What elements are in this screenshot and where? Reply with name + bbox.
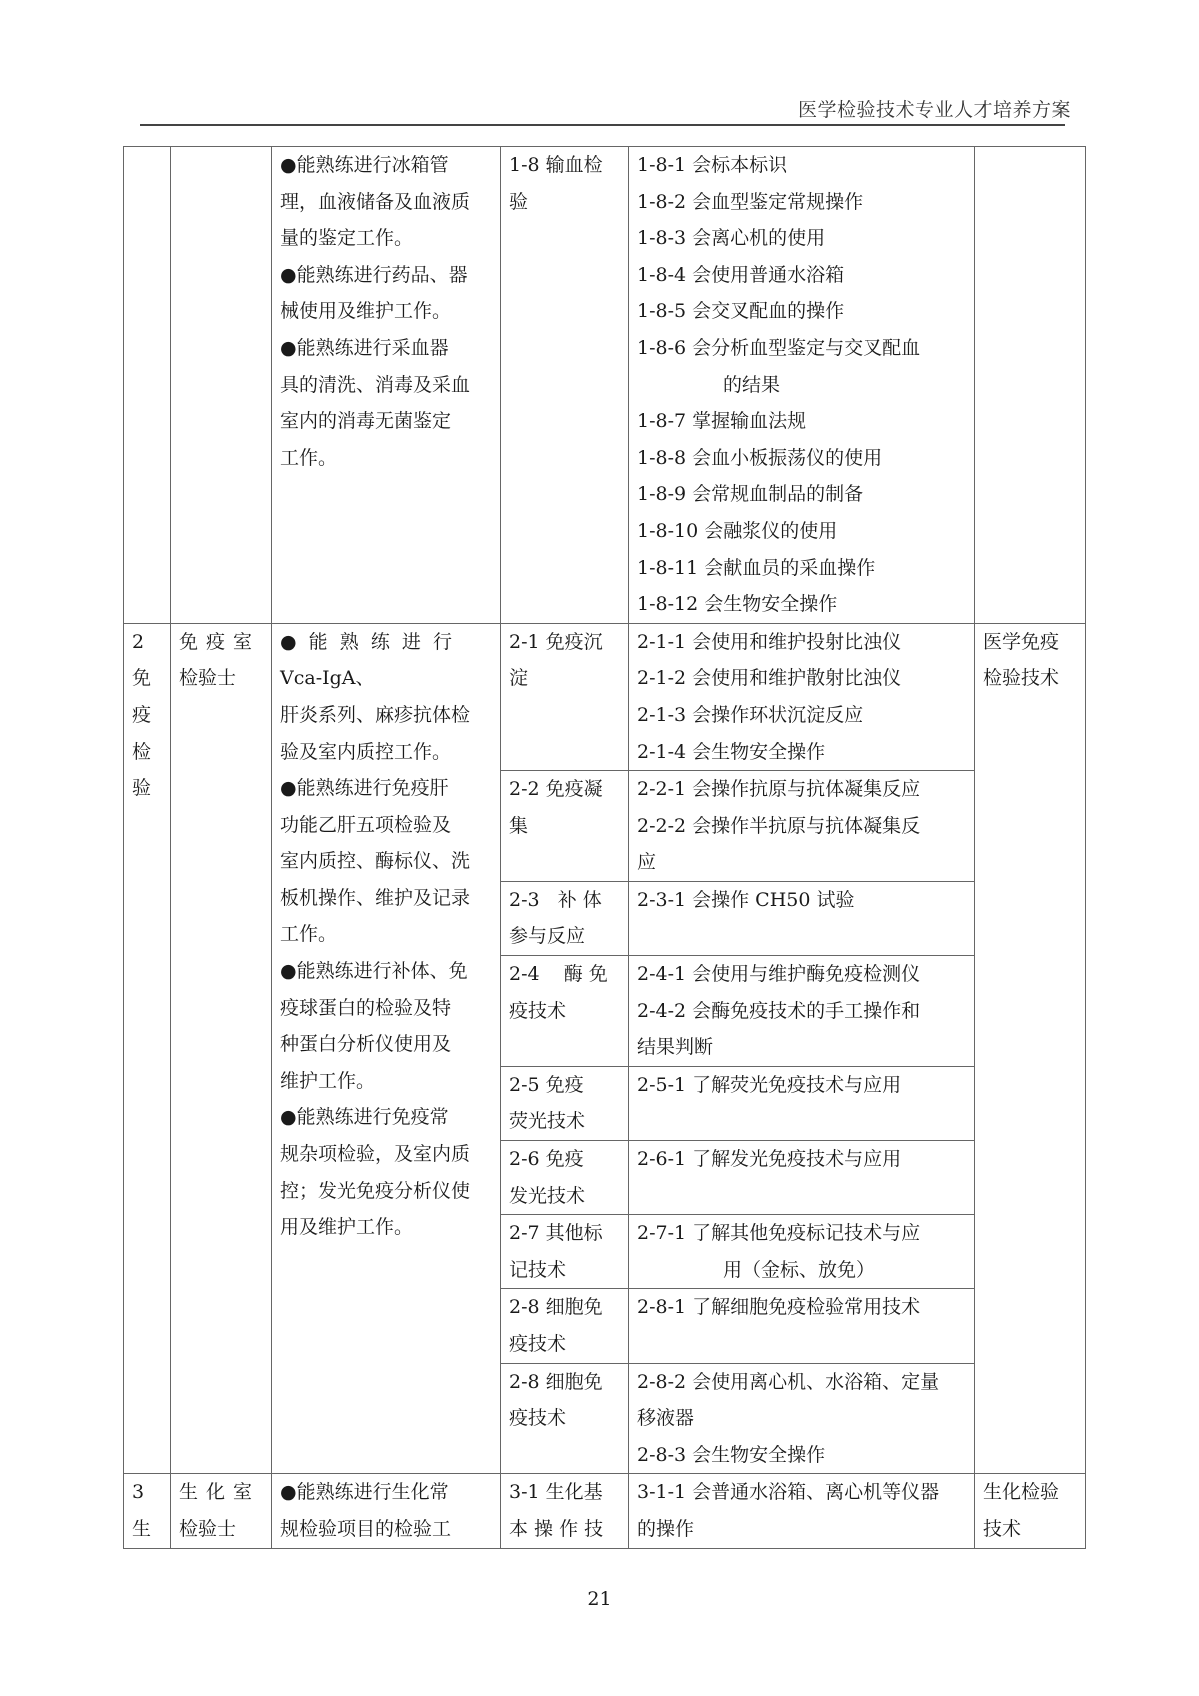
skill-item: 2-2-2 会操作半抗原与抗体凝集反: [637, 808, 966, 845]
module-label: 1-8 输血检: [509, 147, 620, 184]
module-label: 2-4 酶 免: [509, 956, 620, 993]
skill-item: 2-1-1 会使用和维护投射比浊仪: [637, 624, 966, 661]
skill-item: 2-2-1 会操作抗原与抗体凝集反应: [637, 771, 966, 808]
course-cell: 生化检验 技术: [975, 1474, 1086, 1548]
module-cell: 2-4 酶 免 疫技术: [501, 956, 629, 1067]
module-cell: 1-8 输血检 验: [501, 147, 629, 624]
skill-item: 的结果: [637, 367, 966, 404]
skill-item: 2-4-1 会使用与维护酶免疫检测仪: [637, 956, 966, 993]
module-cell: 2-6 免疫 发光技术: [501, 1141, 629, 1215]
skill-item: 1-8-2 会血型鉴定常规操作: [637, 184, 966, 221]
skills-cell: 2-8-2 会使用离心机、水浴箱、定量 移液器 2-8-3 会生物安全操作: [629, 1363, 975, 1474]
skill-item: 1-8-5 会交叉配血的操作: [637, 293, 966, 330]
position-label: 生化室: [179, 1474, 263, 1511]
row-index-cell: 3 生: [124, 1474, 171, 1548]
abilities-line: 工作。: [280, 440, 492, 477]
skill-item: 1-8-7 掌握输血法规: [637, 403, 966, 440]
module-label: 记技术: [509, 1252, 620, 1289]
skill-item: 结果判断: [637, 1029, 966, 1066]
module-label: 2-3 补 体: [509, 882, 620, 919]
abilities-line: 疫球蛋白的检验及特: [280, 990, 492, 1027]
course-cell: [975, 147, 1086, 624]
abilities-line: 板机操作、维护及记录: [280, 880, 492, 917]
course-cell: 医学免疫 检验技术: [975, 623, 1086, 1474]
skills-cell: 2-4-1 会使用与维护酶免疫检测仪 2-4-2 会酶免疫技术的手工操作和 结果…: [629, 956, 975, 1067]
module-label: 2-6 免疫: [509, 1141, 620, 1178]
position-label: 检验士: [179, 1511, 263, 1548]
abilities-line: 维护工作。: [280, 1063, 492, 1100]
course-label: 医学免疫: [983, 624, 1077, 661]
skill-item: 1-8-9 会常规血制品的制备: [637, 476, 966, 513]
module-label: 2-8 细胞免: [509, 1364, 620, 1401]
skill-item: 用（金标、放免）: [637, 1252, 966, 1289]
module-label: 淀: [509, 660, 620, 697]
skill-item: 2-8-1 了解细胞免疫检验常用技术: [637, 1289, 966, 1326]
abilities-line: 功能乙肝五项检验及: [280, 807, 492, 844]
abilities-line: 具的清洗、消毒及采血: [280, 367, 492, 404]
position-label: 检验士: [179, 660, 263, 697]
skill-item: 应: [637, 844, 966, 881]
abilities-cell: ●能熟练进行生化常 规检验项目的检验工: [272, 1474, 501, 1548]
abilities-line: ●能熟练进行采血器: [280, 330, 492, 367]
abilities-line: 肝炎系列、麻疹抗体检: [280, 697, 492, 734]
skill-item: 的操作: [637, 1511, 966, 1548]
course-label: 生化检验: [983, 1474, 1077, 1511]
abilities-line: 用及维护工作。: [280, 1209, 492, 1246]
skill-item: 1-8-1 会标本标识: [637, 147, 966, 184]
abilities-line: ●能熟练进行冰箱管: [280, 147, 492, 184]
module-cell: 2-5 免疫 荧光技术: [501, 1066, 629, 1140]
row-index-label: 生: [132, 1511, 162, 1548]
abilities-cell: ● 能 熟 练 进 行 Vca-IgA、 肝炎系列、麻疹抗体检 验及室内质控工作…: [272, 623, 501, 1474]
module-label: 2-5 免疫: [509, 1067, 620, 1104]
abilities-line: 规杂项检验，及室内质: [280, 1136, 492, 1173]
skill-item: 1-8-8 会血小板振荡仪的使用: [637, 440, 966, 477]
skill-item: 2-5-1 了解荧光免疫技术与应用: [637, 1067, 966, 1104]
row-index-label: 3: [132, 1474, 162, 1511]
skills-cell: 1-8-1 会标本标识 1-8-2 会血型鉴定常规操作 1-8-3 会离心机的使…: [629, 147, 975, 624]
position-label: 免疫室: [179, 624, 263, 661]
module-label: 发光技术: [509, 1178, 620, 1215]
module-label: 集: [509, 808, 620, 845]
row-index-label: 免: [132, 660, 162, 697]
table-row: ●能熟练进行冰箱管 理，血液储备及血液质 量的鉴定工作。 ●能熟练进行药品、器 …: [124, 147, 1086, 624]
header-divider: [140, 124, 1065, 126]
module-label: 验: [509, 184, 620, 221]
abilities-cell: ●能熟练进行冰箱管 理，血液储备及血液质 量的鉴定工作。 ●能熟练进行药品、器 …: [272, 147, 501, 624]
abilities-line: ●能熟练进行补体、免: [280, 953, 492, 990]
skills-cell: 2-6-1 了解发光免疫技术与应用: [629, 1141, 975, 1215]
training-plan-table: ●能熟练进行冰箱管 理，血液储备及血液质 量的鉴定工作。 ●能熟练进行药品、器 …: [123, 146, 1086, 1549]
abilities-line: 控；发光免疫分析仪使: [280, 1173, 492, 1210]
position-cell: [171, 147, 272, 624]
module-label: 2-7 其他标: [509, 1215, 620, 1252]
row-index-cell: [124, 147, 171, 624]
row-index-label: 验: [132, 770, 162, 807]
position-cell: 免疫室 检验士: [171, 623, 272, 1474]
abilities-line: ● 能 熟 练 进 行: [280, 624, 492, 661]
module-cell: 3-1 生化基 本 操 作 技: [501, 1474, 629, 1548]
module-cell: 2-8 细胞免 疫技术: [501, 1363, 629, 1474]
course-label: 检验技术: [983, 660, 1077, 697]
abilities-line: 工作。: [280, 916, 492, 953]
abilities-line: ●能熟练进行生化常: [280, 1474, 492, 1511]
skill-item: 2-1-4 会生物安全操作: [637, 734, 966, 771]
module-label: 疫技术: [509, 1400, 620, 1437]
module-label: 本 操 作 技: [509, 1511, 620, 1548]
abilities-line: 规检验项目的检验工: [280, 1511, 492, 1548]
skill-item: 1-8-10 会融浆仪的使用: [637, 513, 966, 550]
skill-item: 2-8-3 会生物安全操作: [637, 1437, 966, 1474]
skill-item: 1-8-12 会生物安全操作: [637, 586, 966, 623]
skills-cell: 2-1-1 会使用和维护投射比浊仪 2-1-2 会使用和维护散射比浊仪 2-1-…: [629, 623, 975, 770]
position-cell: 生化室 检验士: [171, 1474, 272, 1548]
skill-item: 2-1-3 会操作环状沉淀反应: [637, 697, 966, 734]
skill-item: 2-3-1 会操作 CH50 试验: [637, 882, 966, 919]
abilities-line: 理，血液储备及血液质: [280, 184, 492, 221]
skills-cell: 2-3-1 会操作 CH50 试验: [629, 881, 975, 955]
module-label: 参与反应: [509, 918, 620, 955]
module-label: 疫技术: [509, 1326, 620, 1363]
module-cell: 2-7 其他标 记技术: [501, 1215, 629, 1289]
skill-item: 2-4-2 会酶免疫技术的手工操作和: [637, 993, 966, 1030]
row-index-label: 2: [132, 624, 162, 661]
abilities-line: 种蛋白分析仪使用及: [280, 1026, 492, 1063]
abilities-line: 室内质控、酶标仪、洗: [280, 843, 492, 880]
skills-cell: 2-8-1 了解细胞免疫检验常用技术: [629, 1289, 975, 1363]
row-index-label: 检: [132, 734, 162, 771]
skills-cell: 2-7-1 了解其他免疫标记技术与应 用（金标、放免）: [629, 1215, 975, 1289]
skill-item: 2-6-1 了解发光免疫技术与应用: [637, 1141, 966, 1178]
abilities-line: Vca-IgA、: [280, 660, 492, 697]
module-label: 2-1 免疫沉: [509, 624, 620, 661]
abilities-line: ●能熟练进行药品、器: [280, 257, 492, 294]
skills-cell: 3-1-1 会普通水浴箱、离心机等仪器 的操作: [629, 1474, 975, 1548]
module-cell: 2-3 补 体 参与反应: [501, 881, 629, 955]
row-index-label: 疫: [132, 697, 162, 734]
skill-item: 移液器: [637, 1400, 966, 1437]
module-cell: 2-8 细胞免 疫技术: [501, 1289, 629, 1363]
module-cell: 2-1 免疫沉 淀: [501, 623, 629, 770]
skills-cell: 2-2-1 会操作抗原与抗体凝集反应 2-2-2 会操作半抗原与抗体凝集反 应: [629, 771, 975, 882]
skill-item: 1-8-6 会分析血型鉴定与交叉配血: [637, 330, 966, 367]
course-label: 技术: [983, 1511, 1077, 1548]
module-cell: 2-2 免疫凝 集: [501, 771, 629, 882]
skill-item: 2-1-2 会使用和维护散射比浊仪: [637, 660, 966, 697]
skill-item: 1-8-4 会使用普通水浴箱: [637, 257, 966, 294]
skill-item: 1-8-11 会献血员的采血操作: [637, 550, 966, 587]
abilities-line: 验及室内质控工作。: [280, 734, 492, 771]
document-header-title: 医学检验技术专业人才培养方案: [798, 95, 1071, 122]
skills-cell: 2-5-1 了解荧光免疫技术与应用: [629, 1066, 975, 1140]
abilities-line: 械使用及维护工作。: [280, 293, 492, 330]
abilities-line: 量的鉴定工作。: [280, 220, 492, 257]
module-label: 荧光技术: [509, 1103, 620, 1140]
abilities-line: ●能熟练进行免疫常: [280, 1099, 492, 1136]
module-label: 2-2 免疫凝: [509, 771, 620, 808]
skill-item: 2-8-2 会使用离心机、水浴箱、定量: [637, 1364, 966, 1401]
module-label: 2-8 细胞免: [509, 1289, 620, 1326]
table-row: 3 生 生化室 检验士 ●能熟练进行生化常 规检验项目的检验工 3-1 生化基 …: [124, 1474, 1086, 1548]
skill-item: 2-7-1 了解其他免疫标记技术与应: [637, 1215, 966, 1252]
skill-item: 1-8-3 会离心机的使用: [637, 220, 966, 257]
skill-item: 3-1-1 会普通水浴箱、离心机等仪器: [637, 1474, 966, 1511]
module-label: 3-1 生化基: [509, 1474, 620, 1511]
abilities-line: 室内的消毒无菌鉴定: [280, 403, 492, 440]
table-row: 2 免 疫 检 验 免疫室 检验士 ● 能 熟 练 进 行 Vca-IgA、 肝…: [124, 623, 1086, 770]
abilities-line: ●能熟练进行免疫肝: [280, 770, 492, 807]
row-index-cell: 2 免 疫 检 验: [124, 623, 171, 1474]
page-number: 21: [0, 1588, 1199, 1610]
module-label: 疫技术: [509, 993, 620, 1030]
